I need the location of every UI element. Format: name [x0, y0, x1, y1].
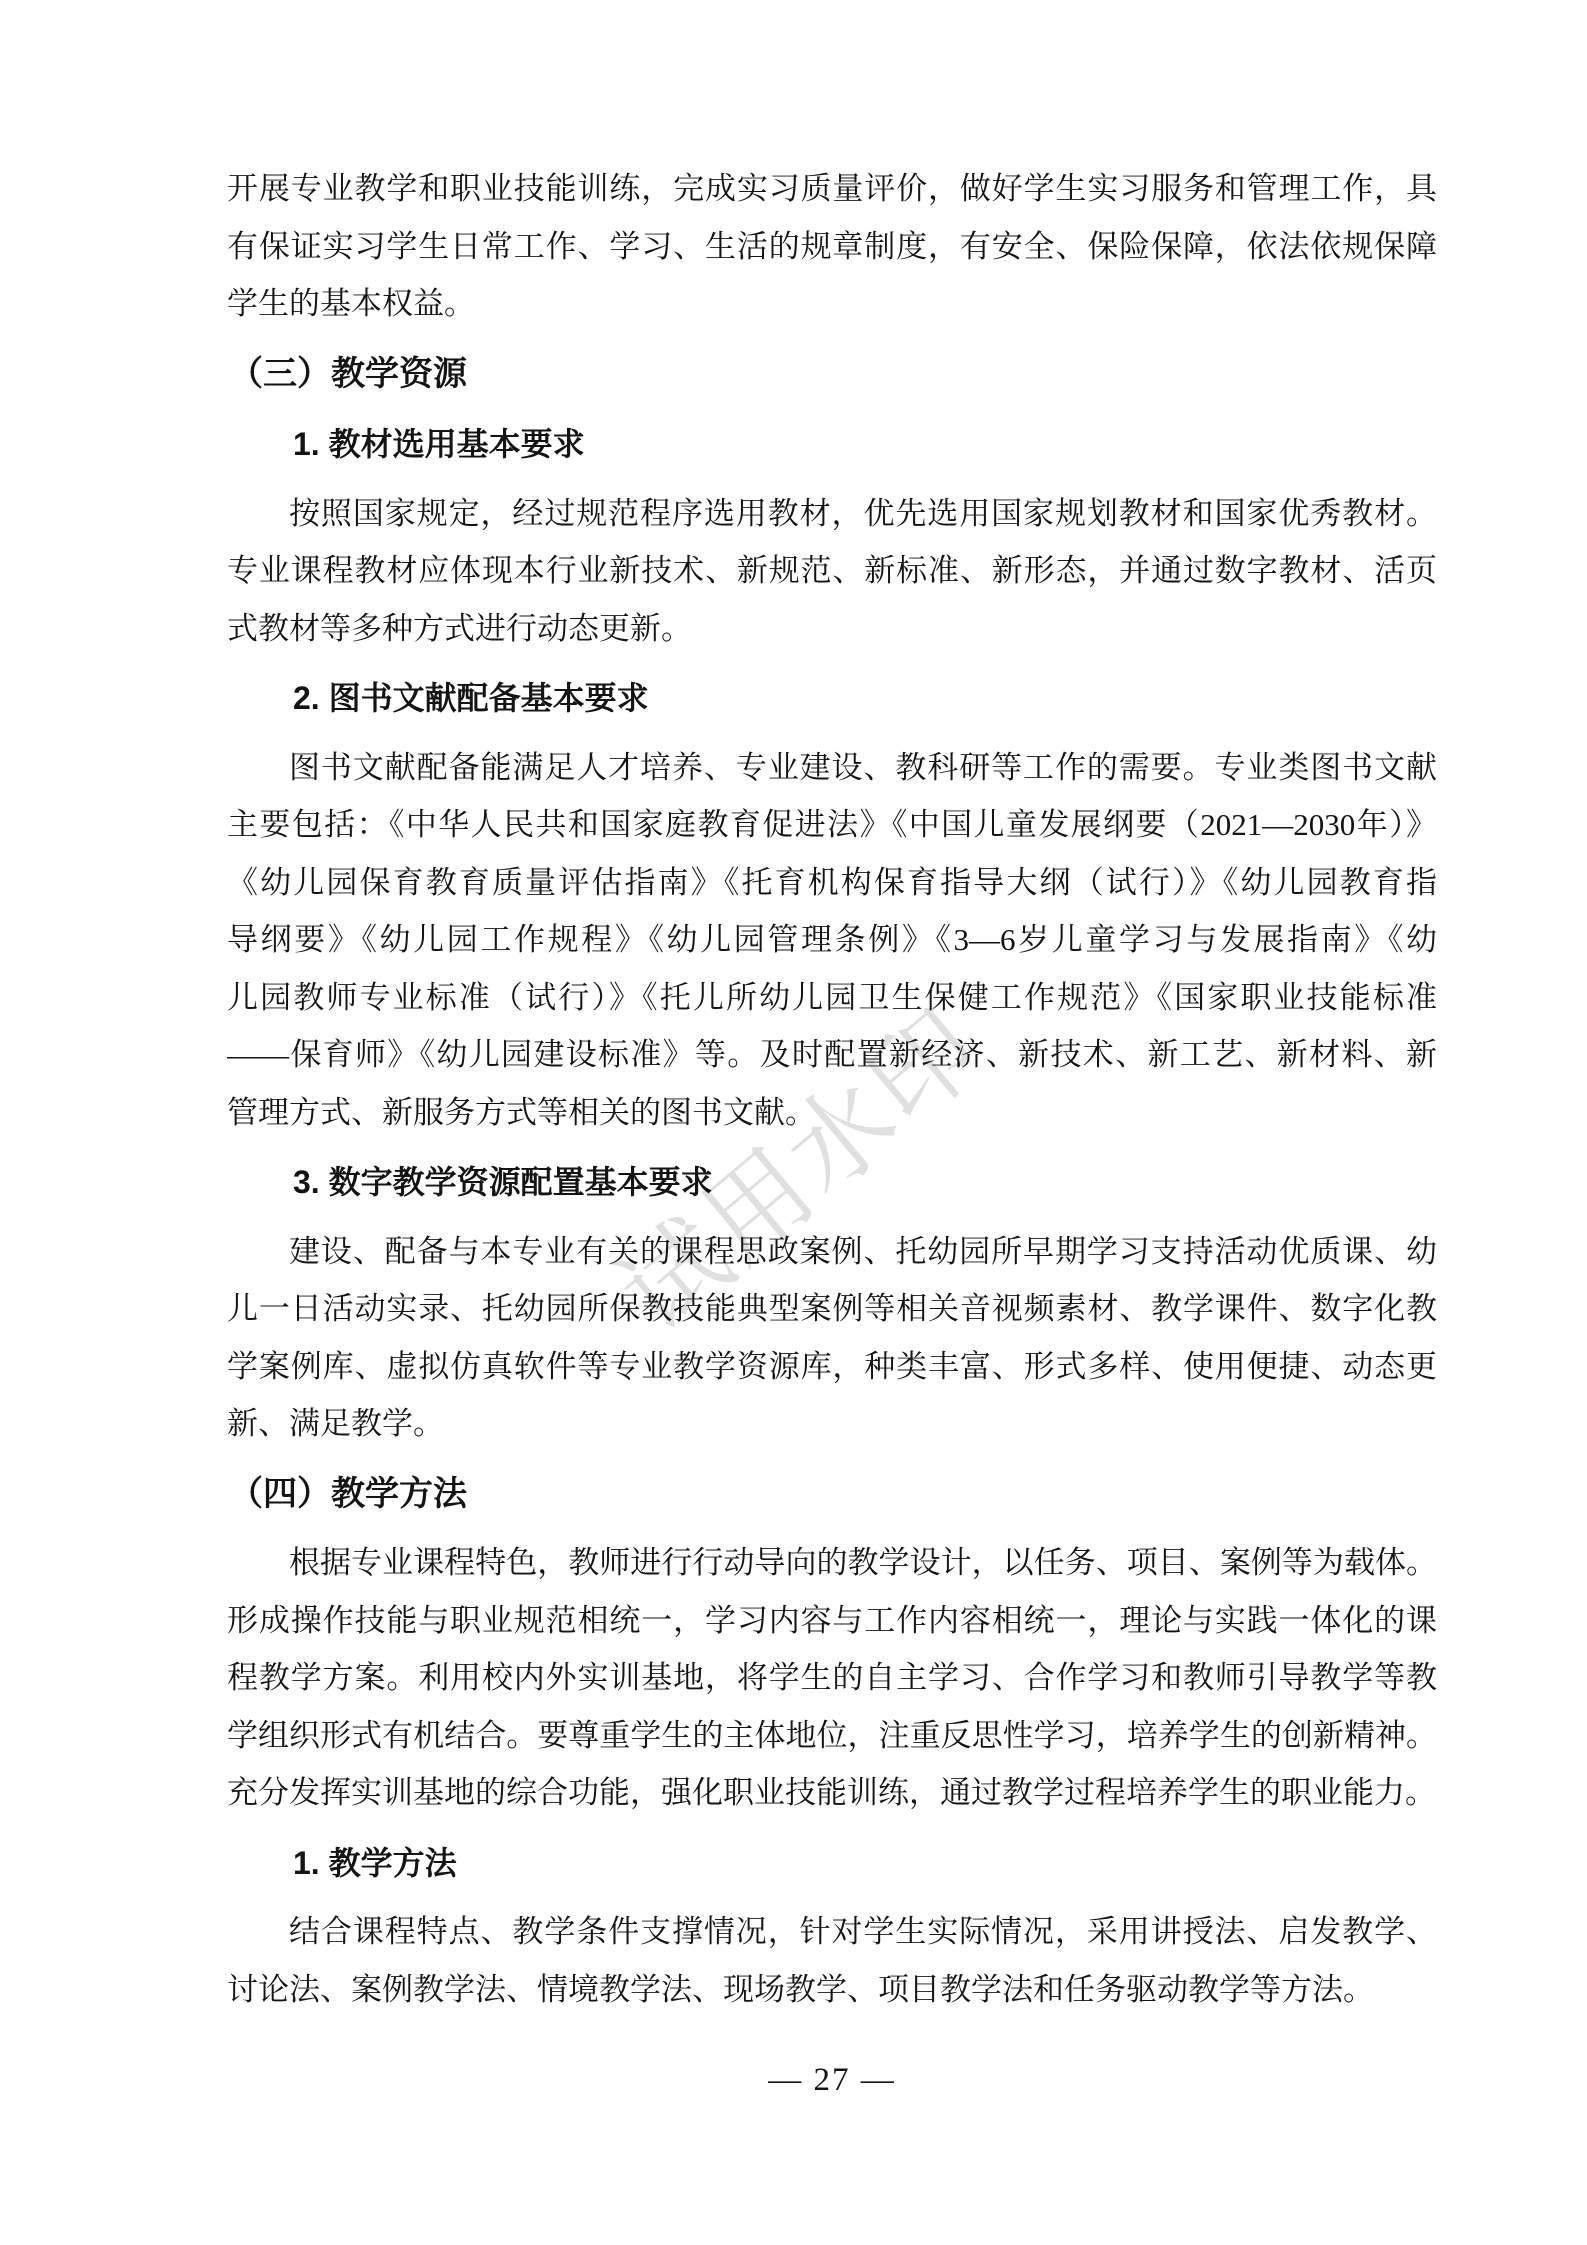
text-line: 《幼儿园保育教育质量评估指南》《托育机构保育指导大纲（试行）》《幼儿园教育指: [227, 854, 1437, 912]
text-line: 开展专业教学和职业技能训练，完成实习质量评价，做好学生实习服务和管理工作，具: [227, 160, 1437, 218]
document-page: 试用水印 开展专业教学和职业技能训练，完成实习质量评价，做好学生实习服务和管理工…: [0, 0, 1587, 2245]
text-line: 图书文献配备能满足人才培养、专业建设、教科研等工作的需要。专业类图书文献: [227, 739, 1437, 797]
text-line: 结合课程特点、教学条件支撑情况，针对学生实际情况，采用讲授法、启发教学、: [227, 1903, 1437, 1961]
section-heading: （三）教学资源: [227, 346, 1437, 404]
text-line: 管理方式、新服务方式等相关的图书文献。: [227, 1084, 1437, 1142]
text-line: 学生的基本权益。: [227, 275, 1437, 333]
subsection-heading: 3. 数字教学资源配置基本要求: [227, 1154, 1437, 1212]
text-line: 主要包括：《中华人民共和国家庭教育促进法》《中国儿童发展纲要（2021—2030…: [227, 796, 1437, 854]
subsection-heading: 2. 图书文献配备基本要求: [227, 670, 1437, 728]
text-line: 新、满足教学。: [227, 1395, 1437, 1453]
text-line: 建设、配备与本专业有关的课程思政案例、托幼园所早期学习支持活动优质课、幼: [227, 1223, 1437, 1281]
text-line: 式教材等多种方式进行动态更新。: [227, 600, 1437, 658]
text-line: 学案例库、虚拟仿真软件等专业教学资源库，种类丰富、形式多样、使用便捷、动态更: [227, 1338, 1437, 1396]
text-line: 专业课程教材应体现本行业新技术、新规范、新标准、新形态，并通过数字教材、活页: [227, 542, 1437, 600]
document-body: 开展专业教学和职业技能训练，完成实习质量评价，做好学生实习服务和管理工作，具有保…: [0, 0, 1587, 2110]
text-line: 讨论法、案例教学法、情境教学法、现场教学、项目教学法和任务驱动教学等方法。: [227, 1961, 1437, 2019]
text-line: 儿一日活动实录、托幼园所保教技能典型案例等相关音视频素材、教学课件、数字化教: [227, 1280, 1437, 1338]
text-line: ——保育师》《幼儿园建设标准》等。及时配置新经济、新技术、新工艺、新材料、新: [227, 1026, 1437, 1084]
text-line: 儿园教师专业标准（试行）》《托儿所幼儿园卫生保健工作规范》《国家职业技能标准: [227, 969, 1437, 1027]
text-line: 有保证实习学生日常工作、学习、生活的规章制度，有安全、保险保障，依法依规保障: [227, 218, 1437, 276]
text-line: 形成操作技能与职业规范相统一，学习内容与工作内容相统一，理论与实践一体化的课: [227, 1592, 1437, 1650]
text-line: 按照国家规定，经过规范程序选用教材，优先选用国家规划教材和国家优秀教材。: [227, 485, 1437, 543]
section-heading: （四）教学方法: [227, 1466, 1437, 1524]
subsection-heading: 1. 教材选用基本要求: [227, 416, 1437, 474]
subsection-heading: 1. 教学方法: [227, 1835, 1437, 1893]
text-line: 学组织形式有机结合。要尊重学生的主体地位，注重反思性学习，培养学生的创新精神。: [227, 1707, 1437, 1765]
page-number: — 27 —: [227, 2052, 1437, 2110]
text-blocks: 开展专业教学和职业技能训练，完成实习质量评价，做好学生实习服务和管理工作，具有保…: [227, 160, 1437, 2018]
text-line: 根据专业课程特色，教师进行行动导向的教学设计，以任务、项目、案例等为载体。: [227, 1534, 1437, 1592]
text-line: 导纲要》《幼儿园工作规程》《幼儿园管理条例》《3—6岁儿童学习与发展指南》《幼: [227, 911, 1437, 969]
text-line: 程教学方案。利用校内外实训基地，将学生的自主学习、合作学习和教师引导教学等教: [227, 1649, 1437, 1707]
text-line: 充分发挥实训基地的综合功能，强化职业技能训练，通过教学过程培养学生的职业能力。: [227, 1764, 1437, 1822]
